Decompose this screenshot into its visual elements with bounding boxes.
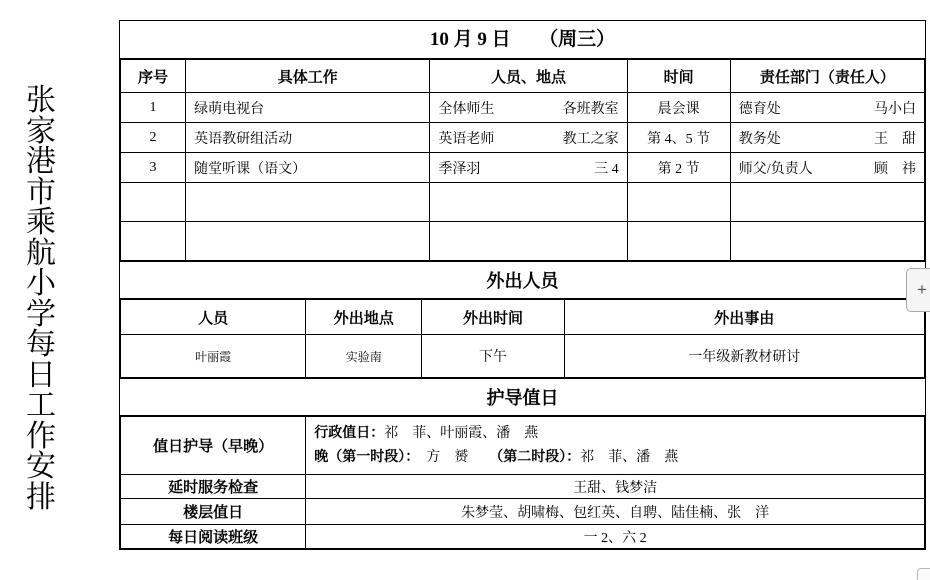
person-text: 季泽羽 bbox=[438, 158, 480, 178]
cell-out-reason[interactable]: 一年级新教材研讨 bbox=[564, 335, 924, 378]
table-row-empty bbox=[121, 183, 925, 222]
cell-person-place[interactable] bbox=[430, 183, 627, 222]
dept-text: 德育处 bbox=[739, 98, 781, 118]
table-row-empty bbox=[121, 222, 925, 261]
cell-person-place[interactable]: 英语老师教工之家 bbox=[430, 123, 627, 153]
add-button[interactable]: + bbox=[906, 268, 930, 312]
outgoing-header-row: 人员 外出地点 外出时间 外出事由 bbox=[121, 300, 925, 335]
cell-work[interactable] bbox=[186, 222, 430, 261]
cell-out-time[interactable]: 下午 bbox=[422, 335, 564, 378]
cell-time[interactable]: 第 2 节 bbox=[627, 153, 730, 183]
table-row: 延时服务检查 王甜、钱梦洁 bbox=[121, 475, 925, 499]
cell-out-person[interactable]: 叶丽霞 bbox=[121, 335, 306, 378]
cell-reading-class[interactable]: 一 2、六 2 bbox=[306, 525, 925, 549]
col-header-dept: 责任部门（责任人） bbox=[730, 60, 924, 93]
col-header-work: 具体工作 bbox=[186, 60, 430, 93]
section-title-outgoing: 外出人员 bbox=[120, 261, 925, 299]
cell-dept[interactable]: 德育处马小白 bbox=[730, 93, 924, 123]
cell-dept[interactable]: 教务处王 甜 bbox=[730, 123, 924, 153]
duty-label-delay-check: 延时服务检查 bbox=[121, 475, 306, 499]
col-header-out-person: 人员 bbox=[121, 300, 306, 335]
cell-no[interactable] bbox=[121, 183, 186, 222]
cell-work[interactable]: 绿萌电视台 bbox=[186, 93, 430, 123]
table-row: 值日护导（早晚） 行政值日：祁 菲、叶丽霞、潘 燕 晚（第一时段）： 方 赟 （… bbox=[121, 417, 925, 475]
cell-dept[interactable] bbox=[730, 183, 924, 222]
dept-text: 教务处 bbox=[739, 128, 781, 148]
owner-text: 顾 祎 bbox=[874, 158, 916, 178]
col-header-out-reason: 外出事由 bbox=[564, 300, 924, 335]
date-header: 10 月 9 日 （周三） bbox=[120, 21, 925, 59]
outgoing-table: 人员 外出地点 外出时间 外出事由 叶丽霞 实验南 下午 一年级新教材研讨 bbox=[120, 299, 925, 378]
cell-person-place[interactable]: 全体师生各班教室 bbox=[430, 93, 627, 123]
col-header-person-place: 人员、地点 bbox=[430, 60, 627, 93]
person-text: 全体师生 bbox=[438, 98, 494, 118]
cell-time[interactable]: 晨会课 bbox=[627, 93, 730, 123]
col-header-time: 时间 bbox=[627, 60, 730, 93]
corner-control-partial[interactable] bbox=[917, 568, 930, 580]
guard-evening2-prefix: （第二时段）： bbox=[468, 450, 580, 465]
table-row: 1 绿萌电视台 全体师生各班教室 晨会课 德育处马小白 bbox=[121, 93, 925, 123]
guard-evening1-prefix: 晚（第一时段）： bbox=[314, 450, 412, 465]
cell-guard-roster[interactable]: 行政值日：祁 菲、叶丽霞、潘 燕 晚（第一时段）： 方 赟 （第二时段）：祁 菲… bbox=[306, 417, 925, 475]
col-header-out-time: 外出时间 bbox=[422, 300, 564, 335]
cell-person-place[interactable] bbox=[430, 222, 627, 261]
cell-work[interactable]: 随堂听课（语文） bbox=[186, 153, 430, 183]
plus-icon: + bbox=[917, 280, 927, 300]
place-text: 各班教室 bbox=[563, 98, 619, 118]
main-work-table: 序号 具体工作 人员、地点 时间 责任部门（责任人） 1 绿萌电视台 全体师生各… bbox=[120, 59, 925, 261]
cell-dept[interactable] bbox=[730, 222, 924, 261]
cell-work[interactable] bbox=[186, 183, 430, 222]
table-row: 2 英语教研组活动 英语老师教工之家 第 4、5 节 教务处王 甜 bbox=[121, 123, 925, 153]
guard-evening2-names: 祁 菲、潘 燕 bbox=[580, 450, 678, 465]
table-row: 每日阅读班级 一 2、六 2 bbox=[121, 525, 925, 549]
guard-admin-prefix: 行政值日： bbox=[314, 426, 384, 441]
table-row: 叶丽霞 实验南 下午 一年级新教材研讨 bbox=[121, 335, 925, 378]
table-row: 楼层值日 朱梦莹、胡啸梅、包红英、自聘、陆佳楠、张 洋 bbox=[121, 499, 925, 525]
person-text: 英语老师 bbox=[438, 128, 494, 148]
place-text: 教工之家 bbox=[563, 128, 619, 148]
cell-no[interactable]: 1 bbox=[121, 93, 186, 123]
section-title-duty: 护导值日 bbox=[120, 378, 925, 416]
col-header-out-place: 外出地点 bbox=[306, 300, 422, 335]
duty-table: 值日护导（早晚） 行政值日：祁 菲、叶丽霞、潘 燕 晚（第一时段）： 方 赟 （… bbox=[120, 416, 925, 549]
owner-text: 王 甜 bbox=[874, 128, 916, 148]
col-header-no: 序号 bbox=[121, 60, 186, 93]
cell-work[interactable]: 英语教研组活动 bbox=[186, 123, 430, 153]
cell-delay-check[interactable]: 王甜、钱梦洁 bbox=[306, 475, 925, 499]
duty-label-guard: 值日护导（早晚） bbox=[121, 417, 306, 475]
owner-text: 马小白 bbox=[874, 98, 916, 118]
main-table-header-row: 序号 具体工作 人员、地点 时间 责任部门（责任人） bbox=[121, 60, 925, 93]
place-text: 三 4 bbox=[594, 158, 619, 178]
cell-no[interactable] bbox=[121, 222, 186, 261]
cell-dept[interactable]: 师父/负责人顾 祎 bbox=[730, 153, 924, 183]
cell-time[interactable] bbox=[627, 222, 730, 261]
guard-admin-names: 祁 菲、叶丽霞、潘 燕 bbox=[384, 426, 538, 441]
page-title: 张家港市乘航小学每日工作安排 bbox=[23, 86, 59, 513]
cell-floor-duty[interactable]: 朱梦莹、胡啸梅、包红英、自聘、陆佳楠、张 洋 bbox=[306, 499, 925, 525]
cell-time[interactable] bbox=[627, 183, 730, 222]
table-row: 3 随堂听课（语文） 季泽羽三 4 第 2 节 师父/负责人顾 祎 bbox=[121, 153, 925, 183]
daily-schedule-document: 10 月 9 日 （周三） 序号 具体工作 人员、地点 时间 责任部门（责任人）… bbox=[119, 20, 926, 550]
cell-time[interactable]: 第 4、5 节 bbox=[627, 123, 730, 153]
cell-no[interactable]: 2 bbox=[121, 123, 186, 153]
dept-text: 师父/负责人 bbox=[739, 158, 813, 178]
guard-line-1: 行政值日：祁 菲、叶丽霞、潘 燕 bbox=[314, 422, 916, 446]
guard-line-2: 晚（第一时段）： 方 赟 （第二时段）：祁 菲、潘 燕 bbox=[314, 446, 916, 470]
cell-no[interactable]: 3 bbox=[121, 153, 186, 183]
duty-label-reading: 每日阅读班级 bbox=[121, 525, 306, 549]
cell-person-place[interactable]: 季泽羽三 4 bbox=[430, 153, 627, 183]
duty-label-floor: 楼层值日 bbox=[121, 499, 306, 525]
cell-out-place[interactable]: 实验南 bbox=[306, 335, 422, 378]
guard-evening1-names: 方 赟 bbox=[412, 450, 468, 465]
